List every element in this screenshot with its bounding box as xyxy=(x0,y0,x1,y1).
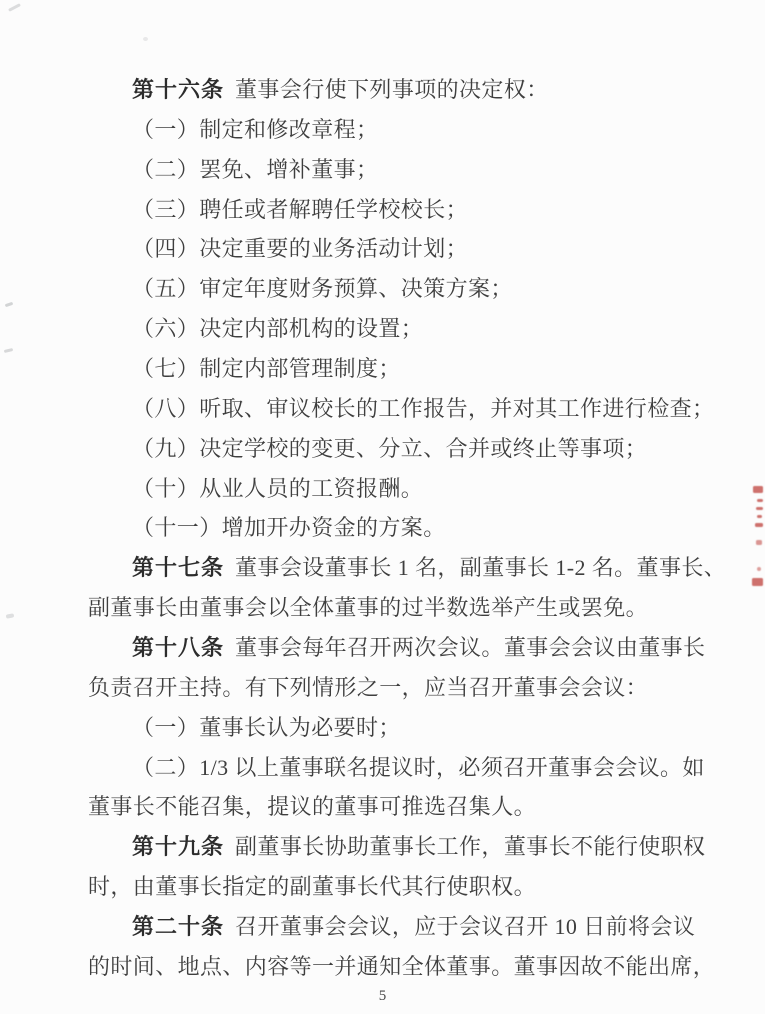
article-18-item-2: （二）1/3 以上董事联名提议时，必须召开董事会会议。如 xyxy=(88,748,713,788)
article-18-continuation: 负责召开主持。有下列情形之一，应当召开董事会会议： xyxy=(88,668,713,708)
red-edge-mark xyxy=(756,507,763,510)
article-19-continuation: 时，由董事长指定的副董事长代其行使职权。 xyxy=(88,867,713,907)
article-19-text: 副董事长协助董事长工作，董事长不能行使职权 xyxy=(235,834,705,859)
document-body: 第十六条董事会行使下列事项的决定权： （一）制定和修改章程； （二）罢免、增补董… xyxy=(88,70,713,987)
article-20-heading-line: 第二十条召开董事会会议，应于会议召开 10 日前将会议 xyxy=(88,907,713,947)
list-item-7: （七）制定内部管理制度； xyxy=(88,349,713,389)
list-item-3: （三）聘任或者解聘任学校校长； xyxy=(88,190,713,230)
article-18-item-1: （一）董事长认为必要时； xyxy=(88,708,713,748)
article-19-number: 第十九条 xyxy=(132,834,224,859)
scan-artifact-speck xyxy=(143,37,148,41)
scan-artifact-speck xyxy=(6,613,15,618)
article-18-number: 第十八条 xyxy=(132,635,224,660)
article-20-continuation: 的时间、地点、内容等一并通知全体董事。董事因故不能出席， xyxy=(88,947,713,987)
article-17-text: 董事会设董事长 1 名，副董事长 1-2 名。董事长、 xyxy=(235,555,726,580)
red-edge-mark xyxy=(757,515,762,518)
article-16-text: 董事会行使下列事项的决定权： xyxy=(235,77,549,102)
red-edge-mark xyxy=(757,499,763,502)
article-16-heading-line: 第十六条董事会行使下列事项的决定权： xyxy=(88,70,713,110)
article-17-continuation: 副董事长由董事会以全体董事的过半数选举产生或罢免。 xyxy=(88,588,713,628)
red-edge-mark xyxy=(757,567,761,571)
red-edge-mark xyxy=(753,486,763,493)
page-number: 5 xyxy=(0,988,765,1005)
list-item-1: （一）制定和修改章程； xyxy=(88,110,713,150)
article-16-number: 第十六条 xyxy=(132,77,224,102)
article-20-number: 第二十条 xyxy=(132,914,224,939)
article-20-text: 召开董事会会议，应于会议召开 10 日前将会议 xyxy=(235,914,695,939)
list-item-6: （六）决定内部机构的设置； xyxy=(88,309,713,349)
article-18-text: 董事会每年召开两次会议。董事会会议由董事长 xyxy=(235,635,705,660)
scan-artifact-speck xyxy=(8,3,21,12)
list-item-8: （八）听取、审议校长的工作报告，并对其工作进行检查； xyxy=(88,389,713,429)
article-17-heading-line: 第十七条董事会设董事长 1 名，副董事长 1-2 名。董事长、 xyxy=(88,548,713,588)
list-item-4: （四）决定重要的业务活动计划； xyxy=(88,229,713,269)
list-item-10: （十）从业人员的工资报酬。 xyxy=(88,469,713,509)
scanned-document-page: 第十六条董事会行使下列事项的决定权： （一）制定和修改章程； （二）罢免、增补董… xyxy=(0,0,765,1014)
article-17-number: 第十七条 xyxy=(132,555,224,580)
list-item-2: （二）罢免、增补董事； xyxy=(88,150,713,190)
list-item-5: （五）审定年度财务预算、决策方案； xyxy=(88,269,713,309)
article-18-item-2-continuation: 董事长不能召集，提议的董事可推选召集人。 xyxy=(88,787,713,827)
scan-artifact-speck xyxy=(5,302,14,307)
article-18-heading-line: 第十八条董事会每年召开两次会议。董事会会议由董事长 xyxy=(88,628,713,668)
scan-artifact-speck xyxy=(4,348,13,353)
red-edge-mark xyxy=(756,540,762,545)
red-edge-mark xyxy=(752,578,763,586)
article-19-heading-line: 第十九条副董事长协助董事长工作，董事长不能行使职权 xyxy=(88,827,713,867)
red-edge-mark xyxy=(755,523,763,527)
list-item-9: （九）决定学校的变更、分立、合并或终止等事项； xyxy=(88,429,713,469)
list-item-11: （十一）增加开办资金的方案。 xyxy=(88,508,713,548)
